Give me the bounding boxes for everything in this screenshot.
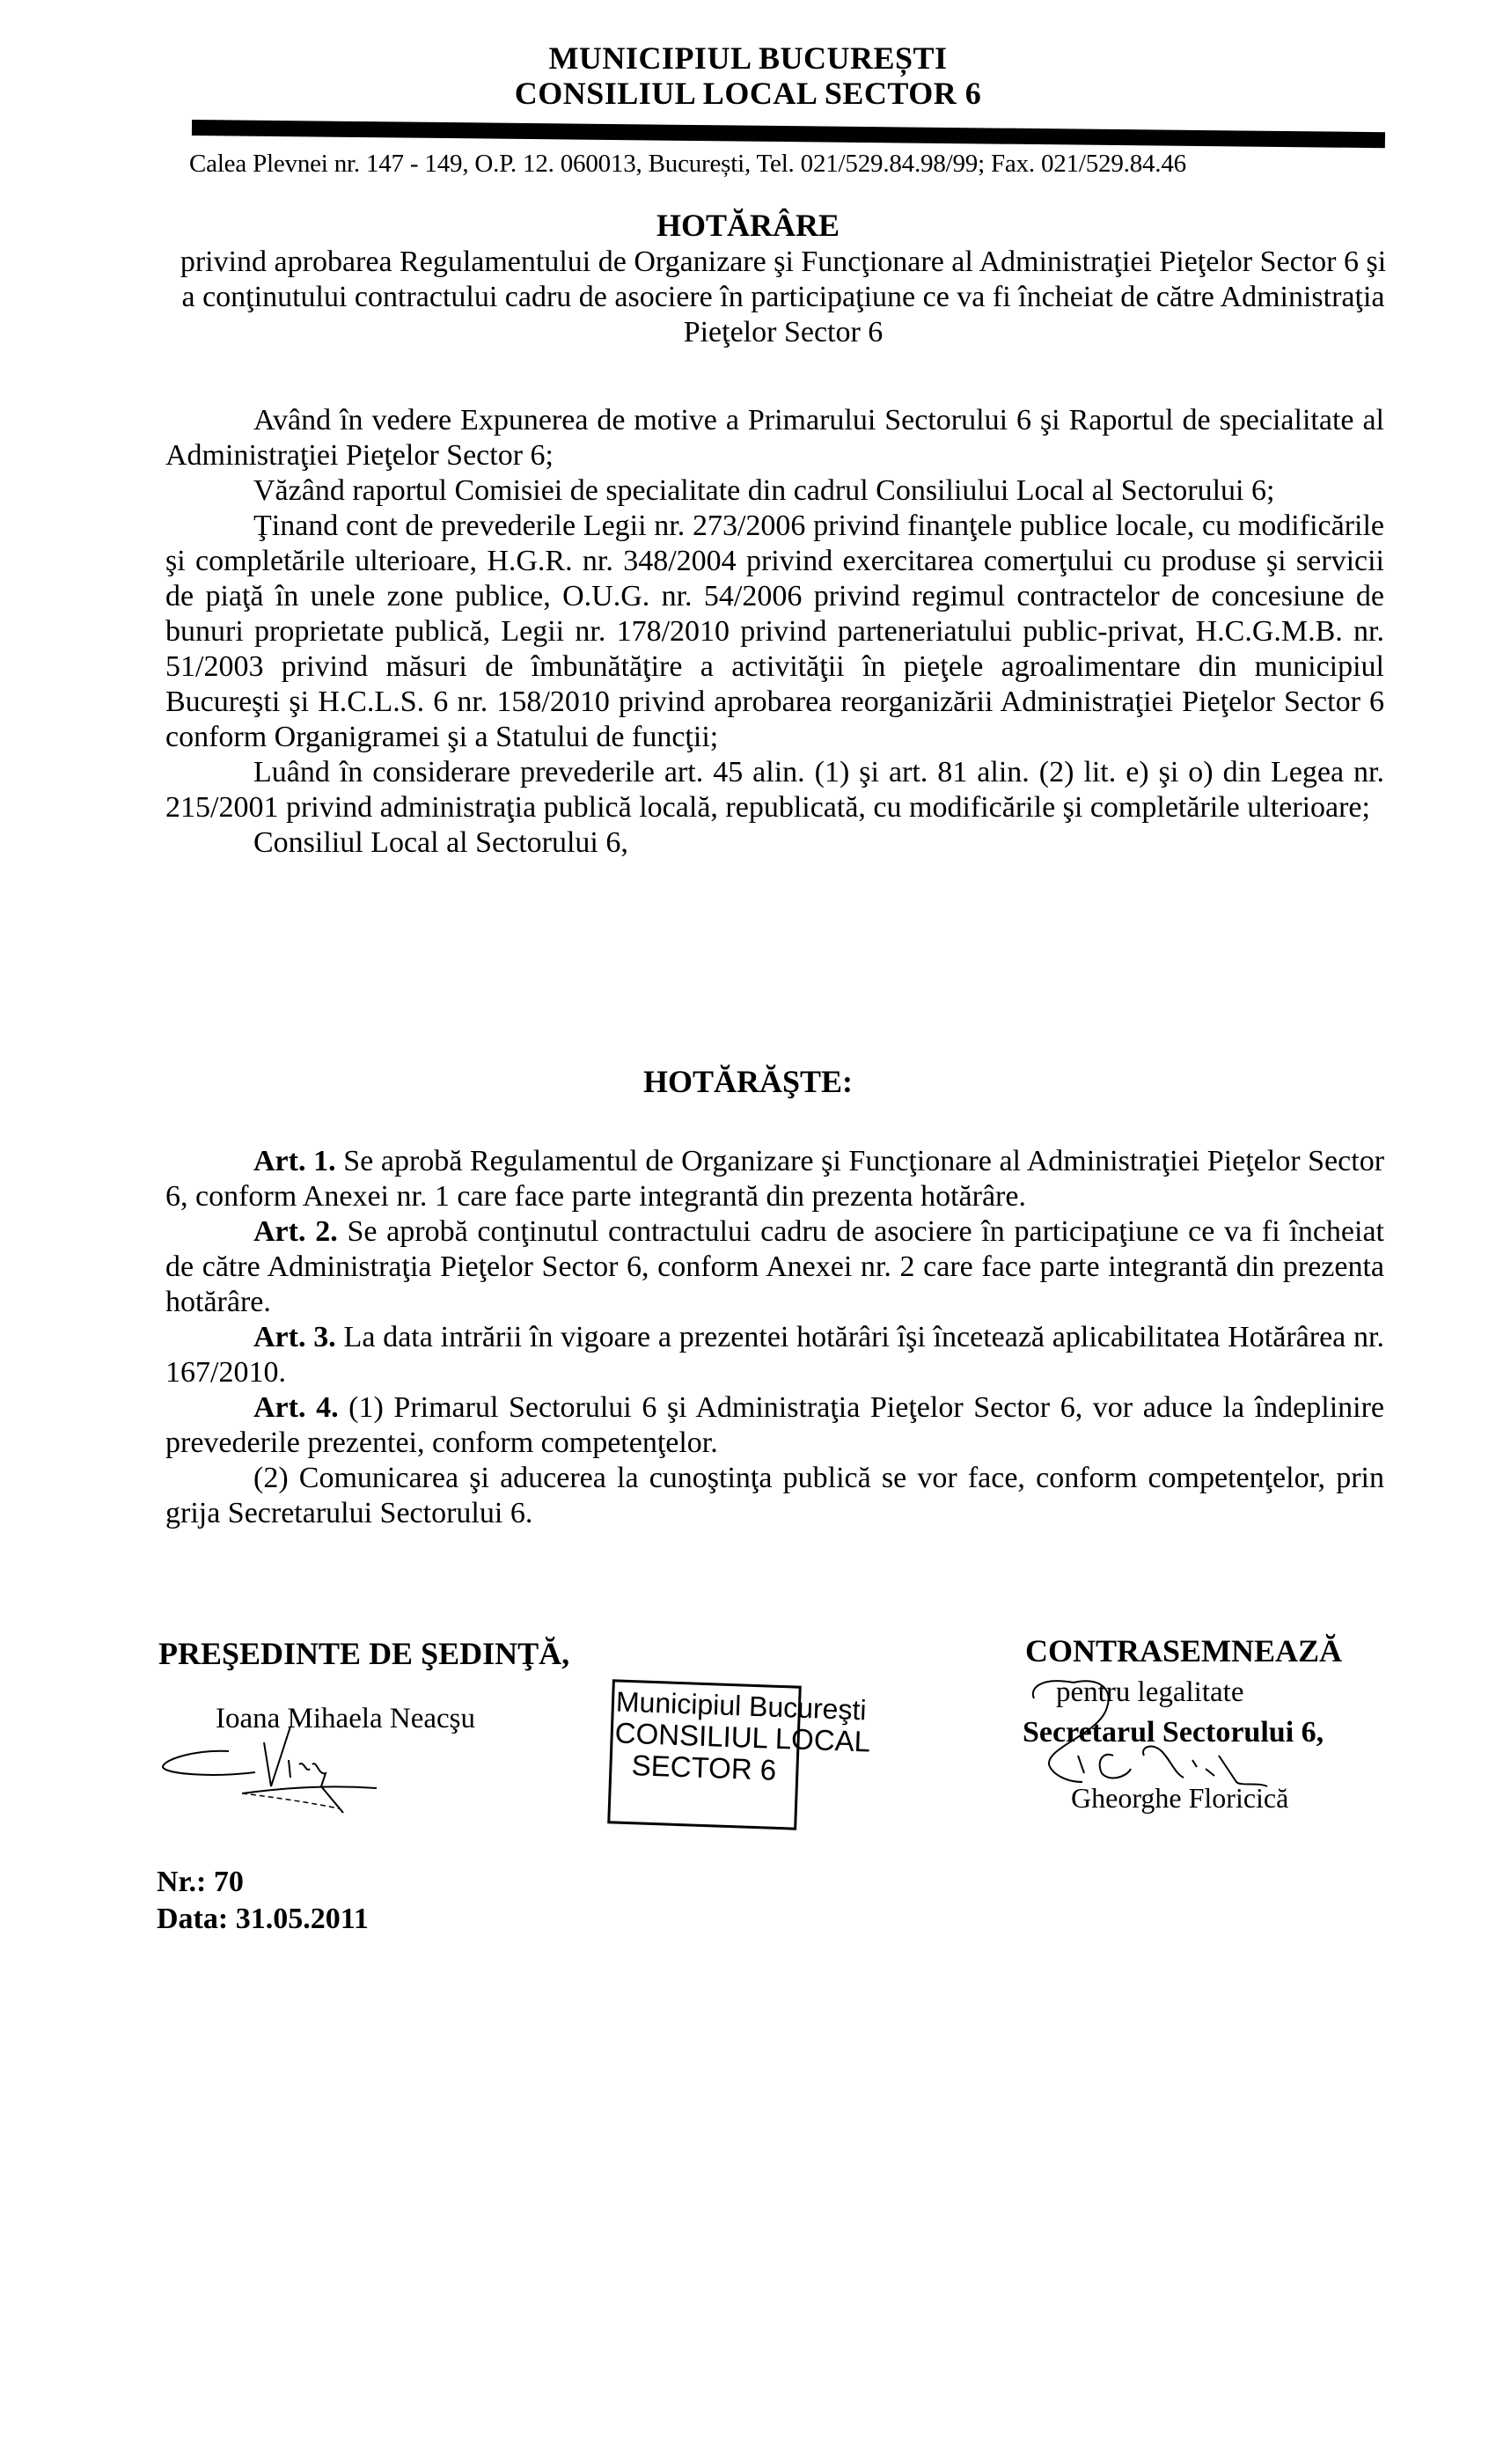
article-4-paragraph-2: (2) Comunicarea şi aducerea la cunoştinţ…: [165, 1461, 1384, 1531]
article-text: (2) Comunicarea şi aducerea la cunoştinţ…: [165, 1462, 1384, 1529]
article-label: Art. 4.: [253, 1391, 339, 1424]
article-text: Se aprobă Regulamentul de Organizare şi …: [165, 1145, 1384, 1213]
article-label: Art. 1.: [253, 1145, 336, 1177]
preamble-paragraph: Ţinand cont de prevederile Legii nr. 273…: [165, 509, 1384, 755]
article-label: Art. 3.: [253, 1321, 336, 1353]
decision-heading: HOTĂRĂŞTE:: [0, 1063, 1496, 1100]
article-text: La data intrării în vigoare a prezentei …: [165, 1321, 1384, 1389]
document-page: MUNICIPIUL BUCUREȘTI CONSILIUL LOCAL SEC…: [0, 0, 1496, 2464]
article-text: (1) Primarul Sectorului 6 şi Administraţ…: [165, 1391, 1384, 1459]
preamble-paragraph: Consiliul Local al Sectorului 6,: [165, 825, 1384, 861]
articles: Art. 1. Se aprobă Regulamentul de Organi…: [165, 1144, 1384, 1531]
preamble-paragraph: Având în vedere Expunerea de motive a Pr…: [165, 403, 1384, 473]
header-municipality: MUNICIPIUL BUCUREȘTI: [0, 40, 1496, 77]
article-2: Art. 2. Se aprobă conţinutul contractulu…: [165, 1214, 1384, 1320]
article-label: Art. 2.: [253, 1215, 338, 1248]
article-3: Art. 3. La data intrării în vigoare a pr…: [165, 1320, 1384, 1390]
article-text: Se aprobă conţinutul contractului cadru …: [165, 1215, 1384, 1318]
stamp-line-3: SECTOR 6: [613, 1749, 795, 1786]
document-subtitle: privind aprobarea Regulamentului de Orga…: [176, 245, 1390, 350]
countersign-title: CONTRASEMNEAZĂ: [1025, 1632, 1342, 1669]
header-council: CONSILIUL LOCAL SECTOR 6: [0, 75, 1496, 112]
preamble: Având în vedere Expunerea de motive a Pr…: [165, 403, 1384, 861]
decision-date: Data: 31.05.2011: [157, 1903, 369, 1936]
header-divider: [192, 120, 1385, 148]
article-1: Art. 1. Se aprobă Regulamentul de Organi…: [165, 1144, 1384, 1214]
preamble-paragraph: Luând în considerare prevederile art. 45…: [165, 755, 1384, 825]
header-address: Calea Plevnei nr. 147 - 149, O.P. 12. 06…: [189, 150, 1386, 179]
signature-secretary-icon: [1030, 1672, 1382, 1822]
article-4: Art. 4. (1) Primarul Sectorului 6 şi Adm…: [165, 1390, 1384, 1461]
document-title: HOTĂRÂRE: [0, 207, 1496, 244]
preamble-paragraph: Văzând raportul Comisiei de specialitate…: [165, 473, 1384, 509]
decision-number: Nr.: 70: [157, 1866, 244, 1899]
signature-president-icon: [158, 1725, 387, 1830]
session-president-title: PREŞEDINTE DE ŞEDINŢĂ,: [158, 1635, 569, 1672]
official-stamp: Municipiul Bucureşti CONSILIUL LOCAL SEC…: [607, 1679, 802, 1830]
